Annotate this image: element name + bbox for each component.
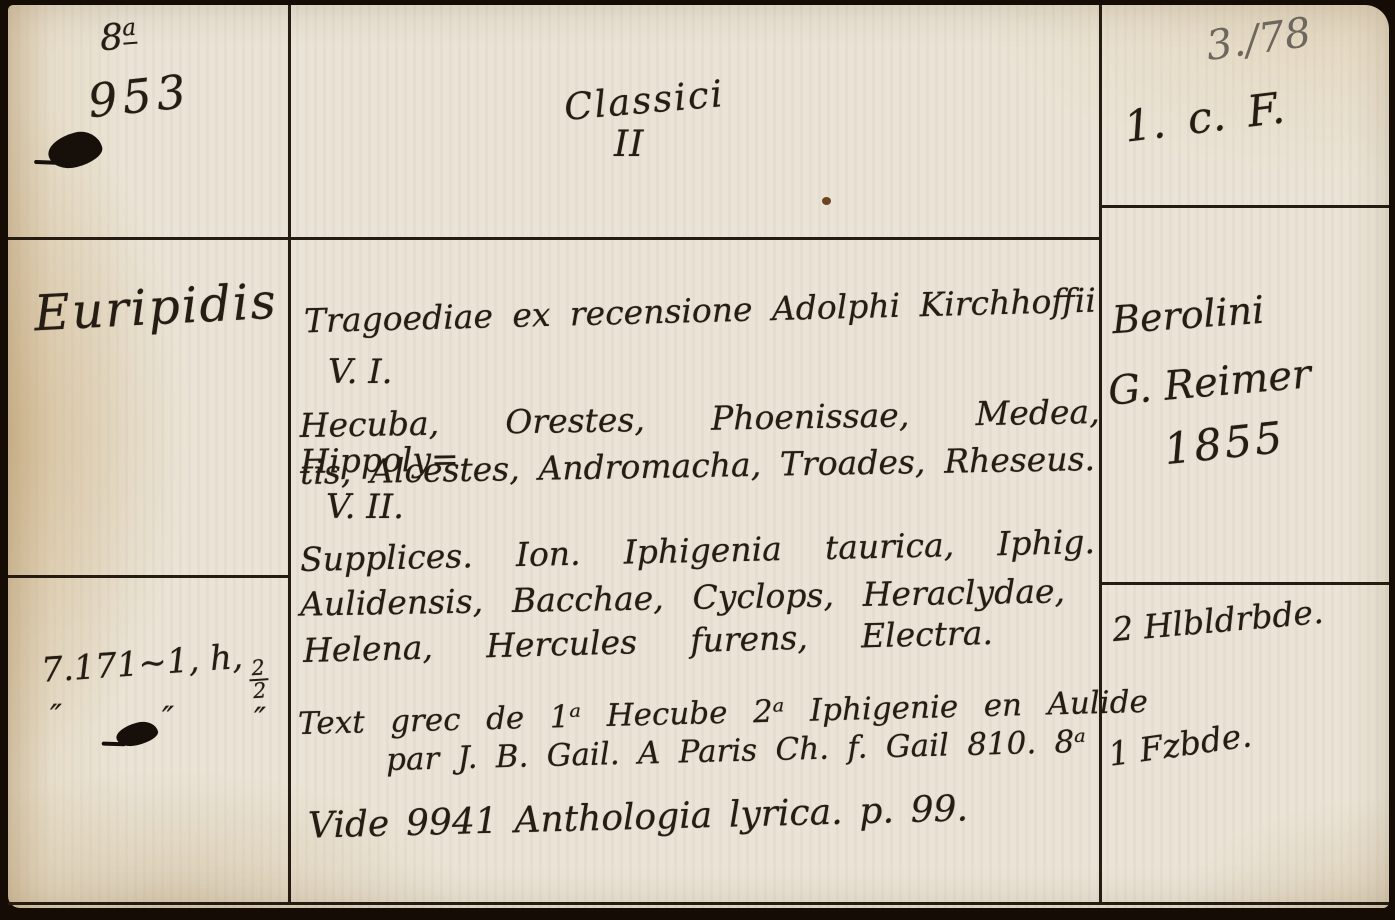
call-number-fraction: 22 bbox=[248, 657, 270, 702]
photo-background: 8a 953 Classici II 3./78 1. c. F. Euripi… bbox=[0, 0, 1395, 920]
format-mark-superscript: a bbox=[121, 15, 137, 45]
ditto-mark: ″ bbox=[50, 699, 62, 734]
call-number-text: 7.171~1, h, bbox=[40, 637, 244, 691]
catalog-card: 8a 953 Classici II 3./78 1. c. F. Euripi… bbox=[8, 5, 1389, 908]
section-volume-numeral: II bbox=[614, 125, 644, 165]
author-heading: Euripidis bbox=[33, 275, 279, 342]
format-mark-base: 8 bbox=[99, 17, 125, 59]
format-mark: 8a bbox=[99, 16, 138, 59]
binding-note-1: 2 Hlbldrbde. bbox=[1111, 594, 1325, 649]
bottom-rule bbox=[8, 902, 1389, 905]
row-rule-right bbox=[1099, 582, 1389, 585]
ditto-mark: ″ bbox=[254, 702, 266, 737]
shelfmark: 1. c. F. bbox=[1122, 85, 1287, 152]
imprint-publisher: G. Reimer bbox=[1106, 352, 1312, 414]
accession-number: 953 bbox=[86, 66, 194, 127]
entry-line-volume-1: V. I. bbox=[328, 354, 392, 391]
ink-blot bbox=[45, 127, 106, 173]
row-rule-left bbox=[8, 575, 291, 578]
paper-stain bbox=[822, 197, 831, 205]
entry-line-cross-reference: Vide 9941 Anthologia lyrica. p. 99. bbox=[308, 789, 969, 846]
column-rule-left bbox=[288, 5, 291, 902]
binding-note-2: 1 Fzbde. bbox=[1106, 717, 1254, 773]
ditto-mark: ″ bbox=[162, 701, 174, 736]
ink-blot bbox=[114, 718, 160, 750]
call-number: 7.171~1, h,22 bbox=[40, 637, 270, 717]
entry-line-volume-2: V. II. bbox=[326, 489, 404, 526]
imprint-year: 1855 bbox=[1162, 415, 1288, 475]
imprint-place: Berolini bbox=[1111, 290, 1266, 342]
entry-line-contents-3: Supplices. Ion. Iphigenia taurica, Iphig… bbox=[300, 524, 1096, 578]
section-title: Classici bbox=[563, 74, 727, 129]
header-rule-right bbox=[1099, 205, 1389, 208]
header-rule-left-center bbox=[8, 237, 1099, 240]
entry-line-title: Tragoediae ex recensione Adolphi Kirchho… bbox=[304, 283, 1097, 340]
entry-line-contents-5: Helena, Hercules furens, Electra. bbox=[303, 615, 994, 669]
pencil-number: 3./78 bbox=[1203, 10, 1313, 69]
